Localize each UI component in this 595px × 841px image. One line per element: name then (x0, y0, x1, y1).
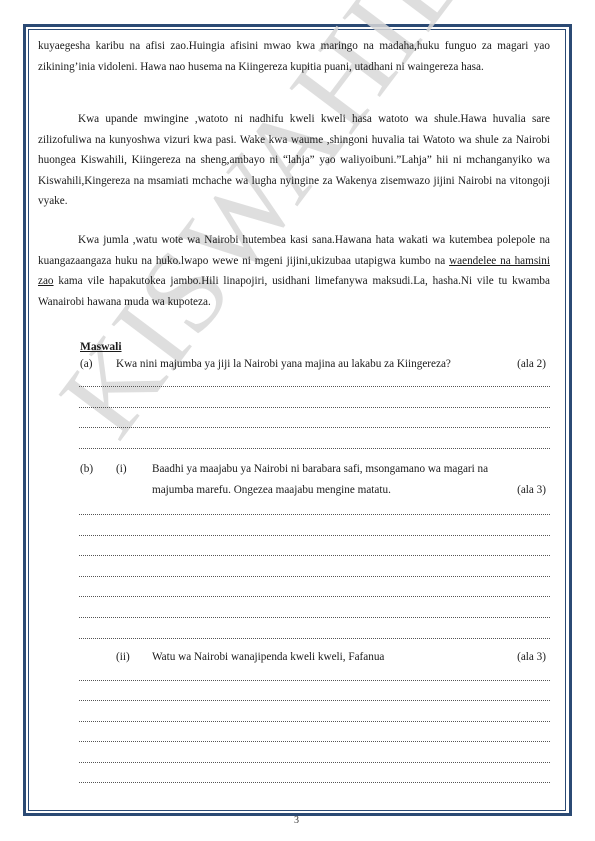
question-a-label: (a) (80, 354, 92, 374)
answer-line[interactable] (79, 782, 550, 783)
passage-paragraph-2-text: Kwa upande mwingine ,watoto ni nadhifu k… (38, 113, 550, 207)
answer-line[interactable] (79, 762, 550, 763)
answer-line[interactable] (79, 514, 550, 515)
answer-line[interactable] (79, 700, 550, 701)
answer-line[interactable] (79, 617, 550, 618)
passage-paragraph-1: kuyaegesha karibu na afisi zao.Huingia a… (38, 36, 550, 77)
page-number: 3 (294, 815, 299, 826)
question-b-i-marks: (ala 3) (517, 480, 546, 500)
question-b-i-text-line1: Baadhi ya maajabu ya Nairobi ni barabara… (152, 459, 488, 479)
question-b-i-label: (i) (116, 459, 127, 479)
passage-paragraph-2: Kwa upande mwingine ,watoto ni nadhifu k… (38, 109, 550, 212)
answer-line[interactable] (79, 535, 550, 536)
questions-heading: Maswali (80, 340, 122, 354)
answer-line[interactable] (79, 555, 550, 556)
question-b-ii-marks: (ala 3) (517, 647, 546, 667)
answer-line[interactable] (79, 680, 550, 681)
answer-line[interactable] (79, 576, 550, 577)
question-b-label: (b) (80, 459, 93, 479)
question-a-text: Kwa nini majumba ya jiji la Nairobi yana… (116, 354, 451, 374)
passage-paragraph-3-text-end: kama vile hapakutokea jambo.Hili linapoj… (38, 275, 550, 308)
question-b-ii-text: Watu wa Nairobi wanajipenda kweli kweli,… (152, 647, 384, 667)
answer-line[interactable] (79, 407, 550, 408)
answer-line[interactable] (79, 596, 550, 597)
answer-line[interactable] (79, 741, 550, 742)
answer-line[interactable] (79, 721, 550, 722)
passage-paragraph-3: Kwa jumla ,watu wote wa Nairobi hutembea… (38, 230, 550, 312)
answer-line[interactable] (79, 386, 550, 387)
answer-line[interactable] (79, 448, 550, 449)
question-b-ii-label: (ii) (116, 647, 130, 667)
passage-paragraph-1-text: kuyaegesha karibu na afisi zao.Huingia a… (38, 40, 550, 73)
question-b-i-text-line2: majumba marefu. Ongezea maajabu mengine … (152, 480, 391, 500)
answer-line[interactable] (79, 427, 550, 428)
question-a-marks: (ala 2) (517, 354, 546, 374)
answer-line[interactable] (79, 638, 550, 639)
